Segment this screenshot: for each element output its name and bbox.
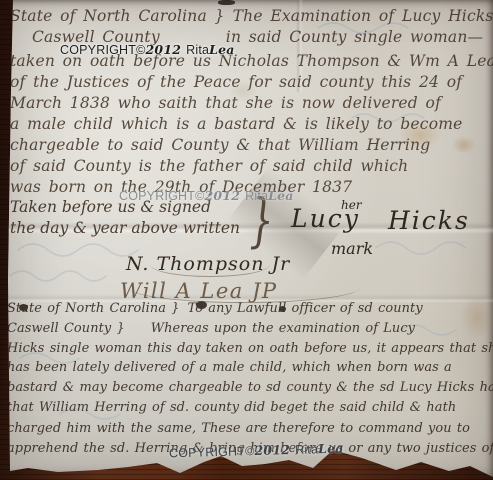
manuscript-line: of said County is the father of said chi… xyxy=(10,157,492,175)
heading-state-county: State of North Carolina } xyxy=(7,301,180,316)
manuscript-line: State of North Carolina }The Examination… xyxy=(10,7,492,25)
heading-subtitle: in said County single woman— xyxy=(226,28,483,46)
heading-county: Caswell County } xyxy=(7,321,125,336)
signature-last-name: Hicks xyxy=(388,206,470,235)
manuscript-line: bastard & may become chargeable to sd co… xyxy=(7,380,493,395)
watermark-script-name: Lea xyxy=(209,42,234,57)
watermark-prefix: COPYRIGHT© xyxy=(60,43,146,57)
watermark-year: 2012 xyxy=(254,442,290,458)
handwritten-document: State of North Carolina }The Examination… xyxy=(0,0,493,480)
photograph-of-manuscript: State of North Carolina }The Examination… xyxy=(0,0,493,480)
manuscript-line: Hicks single woman this day taken on oat… xyxy=(7,341,493,356)
watermark-prefix: COPYRIGHT© xyxy=(119,189,205,203)
manuscript-paper: State of North Carolina }The Examination… xyxy=(0,0,493,480)
watermark-year: 2012 xyxy=(146,42,182,57)
watermark-name: Rita xyxy=(295,442,318,457)
heading-subtitle: Whereas upon the examination of Lucy xyxy=(151,321,415,336)
manuscript-line: March 1838 who saith that she is now del… xyxy=(10,94,492,112)
watermark-name: Rita xyxy=(186,43,209,57)
manuscript-line: chargeable to said County & that William… xyxy=(10,136,492,154)
manuscript-line: that William Herring of sd. county did b… xyxy=(7,400,493,415)
signature-flourish xyxy=(128,272,360,303)
manuscript-line: Caswell County }Whereas upon the examina… xyxy=(7,321,493,336)
attestation-block: Taken before us & signed the day & year … xyxy=(10,197,240,239)
heading-title: The Examination of Lucy Hicks xyxy=(233,7,493,25)
manuscript-line: of the Justices of the Peace for said co… xyxy=(10,73,492,91)
heading-title: To any Lawfull officer of sd county xyxy=(188,301,423,316)
heading-state-county: State of North Carolina } xyxy=(10,7,225,25)
copyright-watermark-middle: COPYRIGHT©2012RitaLea xyxy=(119,188,294,203)
signature-her-word: her xyxy=(341,198,362,212)
watermark-script-name: Lea xyxy=(268,188,293,203)
copyright-watermark-top: COPYRIGHT©2012RitaLea xyxy=(60,42,235,57)
attestation-line: the day & year above written xyxy=(10,218,240,239)
manuscript-line: charged him with the same, These are the… xyxy=(7,421,493,436)
signature-mark-word: mark xyxy=(331,239,373,258)
watermark-name: Rita xyxy=(245,189,268,203)
watermark-script-name: Lea xyxy=(318,441,344,457)
watermark-year: 2012 xyxy=(205,188,241,203)
manuscript-line: a male child which is a bastard & is lik… xyxy=(10,115,492,133)
watermark-prefix: COPYRIGHT© xyxy=(169,444,255,460)
manuscript-line: has been lately delivered of a male chil… xyxy=(7,360,493,375)
manuscript-line: State of North Carolina }To any Lawfull … xyxy=(7,301,493,316)
